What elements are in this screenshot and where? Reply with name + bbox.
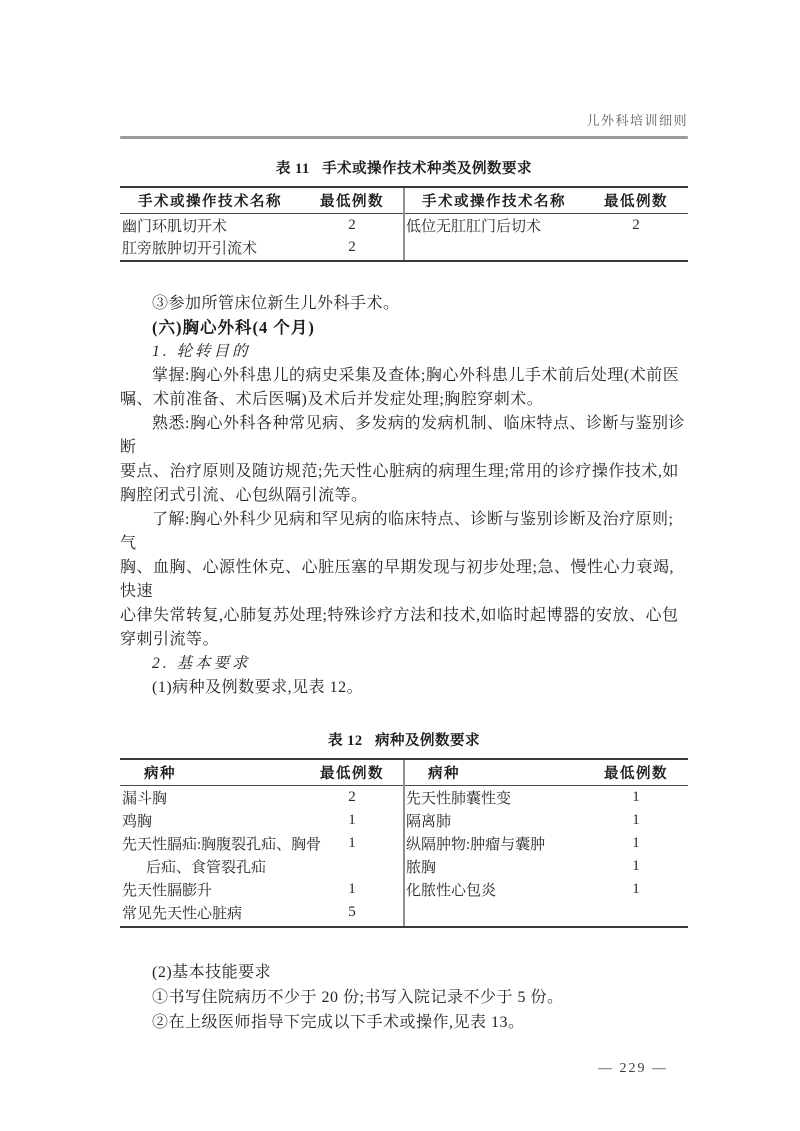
table-center-divider (403, 760, 405, 926)
cell-name: 幽门环肌切开术 (120, 215, 300, 236)
body-text-section: ③参加所管床位新生儿外科手术。 (六)胸心外科(4 个月) 1. 轮转目的 掌握… (120, 292, 688, 700)
table-center-divider (403, 188, 405, 260)
cell-name: 鸡胸 (120, 810, 300, 831)
table12: 病种 最低例数 漏斗胸 2 鸡胸 1 先天性膈疝:胸腹裂孔疝、胸骨 1 后疝、食… (120, 758, 688, 928)
paragraph-item2: (2)基本技能要求 (120, 960, 688, 985)
table11-left-half: 手术或操作技术名称 最低例数 幽门环肌切开术 2 肛旁脓肿切开引流术 2 (120, 188, 404, 260)
cell-min: 1 (584, 858, 688, 875)
column-header-min: 最低例数 (300, 762, 404, 783)
cell-name-continuation: 后疝、食管裂孔疝 (120, 856, 300, 877)
table-row: 先天性肺囊性变 1 (404, 786, 688, 809)
table11-left-header-row: 手术或操作技术名称 最低例数 (120, 188, 404, 214)
table11-right-header-row: 手术或操作技术名称 最低例数 (404, 188, 688, 214)
column-header-name: 病种 (120, 762, 300, 783)
cell-name: 脓胸 (404, 856, 584, 877)
cell-min: 1 (584, 789, 688, 806)
cell-min: 1 (584, 835, 688, 852)
paragraph-understand: 了解:胸心外科少见病和罕见病的临床特点、诊断与鉴别诊断及治疗原则;气 胸、血胸、… (120, 508, 688, 652)
paragraph-master: 掌握:胸心外科患儿的病史采集及查体;胸心外科患儿手术前后处理(术前医 嘱、术前准… (120, 364, 688, 412)
cell-name: 化脓性心包炎 (404, 879, 584, 900)
document-page: 儿外科培训细则 表 11手术或操作技术种类及例数要求 手术或操作技术名称 最低例… (0, 0, 800, 1131)
cell-min: 5 (300, 904, 404, 921)
cell-min: 1 (300, 812, 404, 829)
page-content: 儿外科培训细则 表 11手术或操作技术种类及例数要求 手术或操作技术名称 最低例… (120, 112, 688, 1077)
body-text-section-2: (2)基本技能要求 ①书写住院病历不少于 20 份;书写入院记录不少于 5 份。… (120, 960, 688, 1035)
paragraph-circ1: ①书写住院病历不少于 20 份;书写入院记录不少于 5 份。 (120, 985, 688, 1010)
column-header-name: 手术或操作技术名称 (404, 190, 584, 211)
paragraph-item3: ③参加所管床位新生儿外科手术。 (120, 292, 688, 316)
cell-name: 先天性膈疝:胸腹裂孔疝、胸骨 (120, 833, 300, 854)
column-header-name: 手术或操作技术名称 (120, 190, 300, 211)
table-row: 纵隔肿物:肿瘤与囊肿 1 (404, 832, 688, 855)
table12-caption-label: 表 12 (328, 733, 363, 749)
table11: 手术或操作技术名称 最低例数 幽门环肌切开术 2 肛旁脓肿切开引流术 2 手术或… (120, 186, 688, 262)
table12-caption: 表 12病种及例数要求 (120, 731, 688, 751)
cell-name: 低位无肛肛门后切术 (404, 215, 584, 236)
cell-min: 2 (300, 789, 404, 806)
table12-right-header-row: 病种 最低例数 (404, 760, 688, 786)
header-rule (120, 136, 688, 139)
page-number: — 229 — (120, 1061, 688, 1077)
table11-caption: 表 11手术或操作技术种类及例数要求 (120, 159, 688, 179)
table-row: 常见先天性心脏病 5 (120, 901, 404, 924)
cell-name: 纵隔肿物:肿瘤与囊肿 (404, 833, 584, 854)
table-row: 低位无肛肛门后切术 2 (404, 214, 688, 236)
cell-min: 1 (300, 835, 404, 852)
table-row: 后疝、食管裂孔疝 (120, 855, 404, 878)
cell-name: 肛旁脓肿切开引流术 (120, 237, 300, 258)
table-row: 脓胸 1 (404, 855, 688, 878)
table-row: 幽门环肌切开术 2 (120, 214, 404, 236)
section-heading-six: (六)胸心外科(4 个月) (120, 316, 688, 340)
running-head: 儿外科培训细则 (120, 112, 688, 130)
paragraph-circ2: ②在上级医师指导下完成以下手术或操作,见表 13。 (120, 1010, 688, 1035)
table-row: 肛旁脓肿切开引流术 2 (120, 236, 404, 258)
table12-left-header-row: 病种 最低例数 (120, 760, 404, 786)
subheading-rotation-purpose: 1. 轮转目的 (120, 340, 688, 364)
cell-min: 2 (584, 217, 688, 234)
cell-name: 漏斗胸 (120, 787, 300, 808)
table-row: 漏斗胸 2 (120, 786, 404, 809)
subheading-basic-requirements: 2. 基本要求 (120, 652, 688, 676)
cell-min: 1 (584, 812, 688, 829)
cell-name: 先天性膈膨升 (120, 879, 300, 900)
cell-min: 2 (300, 239, 404, 256)
cell-name: 先天性肺囊性变 (404, 787, 584, 808)
column-header-min: 最低例数 (300, 190, 404, 211)
column-header-min: 最低例数 (584, 190, 688, 211)
cell-name: 隔离肺 (404, 810, 584, 831)
table-row: 隔离肺 1 (404, 809, 688, 832)
cell-min: 1 (300, 881, 404, 898)
cell-name: 常见先天性心脏病 (120, 902, 300, 923)
column-header-min: 最低例数 (584, 762, 688, 783)
cell-min: 2 (300, 217, 404, 234)
paragraph-item1: (1)病种及例数要求,见表 12。 (120, 676, 688, 700)
column-header-name: 病种 (404, 762, 584, 783)
table11-caption-title: 手术或操作技术种类及例数要求 (322, 161, 532, 177)
paragraph-familiar: 熟悉:胸心外科各种常见病、多发病的发病机制、临床特点、诊断与鉴别诊断 要点、治疗… (120, 412, 688, 508)
cell-min: 1 (584, 881, 688, 898)
table-row: 先天性膈膨升 1 (120, 878, 404, 901)
table-row: 先天性膈疝:胸腹裂孔疝、胸骨 1 (120, 832, 404, 855)
table-row: 鸡胸 1 (120, 809, 404, 832)
table11-right-half: 手术或操作技术名称 最低例数 低位无肛肛门后切术 2 (404, 188, 688, 260)
table12-left-half: 病种 最低例数 漏斗胸 2 鸡胸 1 先天性膈疝:胸腹裂孔疝、胸骨 1 后疝、食… (120, 760, 404, 926)
table11-caption-label: 表 11 (276, 161, 310, 177)
table12-right-half: 病种 最低例数 先天性肺囊性变 1 隔离肺 1 纵隔肿物:肿瘤与囊肿 1 脓胸 (404, 760, 688, 926)
table-row: 化脓性心包炎 1 (404, 878, 688, 901)
table12-caption-title: 病种及例数要求 (375, 733, 480, 749)
